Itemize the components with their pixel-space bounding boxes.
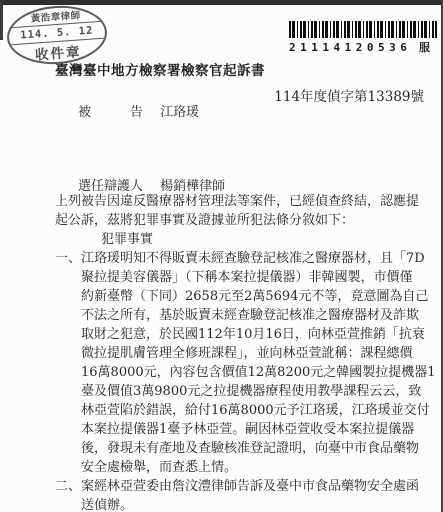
scan-edge-left xyxy=(0,0,3,40)
defendant-name: 江珞瑗 xyxy=(160,105,199,120)
barcode-number: 21114120536 xyxy=(289,41,411,54)
fact-item-1-line: 16萬8000元，內容包含價值12萬8200元之韓國製拉提機器1 xyxy=(55,363,437,382)
defendant-label: 被 告 xyxy=(78,105,143,120)
fact-item-1-line: 本案拉提儀器1臺予林亞萱。嗣因林亞萱收受本案拉提儀器 xyxy=(55,420,437,439)
barcode: 21114120536 服 股 xyxy=(289,21,437,55)
fact-item-1-line: 一、江珞瑗明知不得販賣未經查驗登記核准之醫療器材，且「7D xyxy=(55,249,437,268)
receipt-stamp: 黃浩章律師 114. 5. 12 收件章 xyxy=(5,3,109,68)
fact-item-1-line: 約新臺幣（下同）2658元至2萬5694元不等，竟意圖為自己 xyxy=(55,287,437,306)
intro-line: 起公訴，茲將犯罪事實及證據並所犯法條分敘如下： xyxy=(55,211,437,230)
scan-edge-top xyxy=(0,0,443,5)
barcode-caption: 21114120536 服 股 xyxy=(289,39,437,55)
fact-item-1-line: 聚拉提美容儀器」（下稱本案拉提儀器）非韓國製，市價僅 xyxy=(55,268,437,287)
section-heading-criminal-facts: 犯罪事實 xyxy=(55,230,437,249)
case-number: 114年度偵字第13389號 xyxy=(274,85,424,105)
fact-item-2-line: 送偵辦。 xyxy=(55,496,437,512)
indictment-document-page: 黃浩章律師 114. 5. 12 收件章 21114120536 服 股 臺灣臺… xyxy=(0,0,443,512)
fact-item-1-line: 後，發現未有產地及查驗核准登記證明，向臺中市食品藥物 xyxy=(55,439,437,458)
fact-item-1-line: 林亞萱陷於錯誤，給付16萬8000元予江珞瑗，江珞瑗並交付 xyxy=(55,401,437,420)
fact-item-1-line: 微拉提肌膚管理全修班課程」，並向林亞萱訛稱：課程總價 xyxy=(55,344,437,363)
document-body: 上列被告因違反醫療器材管理法等案件，已經偵查終結，認應提 起公訴，茲將犯罪事實及… xyxy=(55,192,437,512)
barcode-bars-icon xyxy=(289,21,437,38)
barcode-unit: 服 股 xyxy=(419,41,443,54)
fact-item-1-line: 安全處檢舉，而查悉上情。 xyxy=(55,458,437,477)
fact-item-1-line: 不法之所有，基於販賣未經查驗登記核准之醫療器材及詐欺 xyxy=(55,306,437,325)
intro-line: 上列被告因違反醫療器材管理法等案件，已經偵查終結，認應提 xyxy=(55,192,437,211)
defendant-row: 被 告 江珞瑗 xyxy=(78,101,199,120)
fact-item-1-line: 取財之犯意，於民國112年10月16日，向林亞萱推銷「抗衰 xyxy=(55,325,437,344)
fact-item-1-line: 臺及價值3萬9800元之拉提機器療程使用教學課程云云，致 xyxy=(55,382,437,401)
fact-item-2-line: 二、案經林亞萱委由詹汶澧律師告訴及臺中市食品藥物安全處函 xyxy=(55,477,437,496)
document-title: 臺灣臺中地方檢察署檢察官起訴書 xyxy=(55,59,265,79)
